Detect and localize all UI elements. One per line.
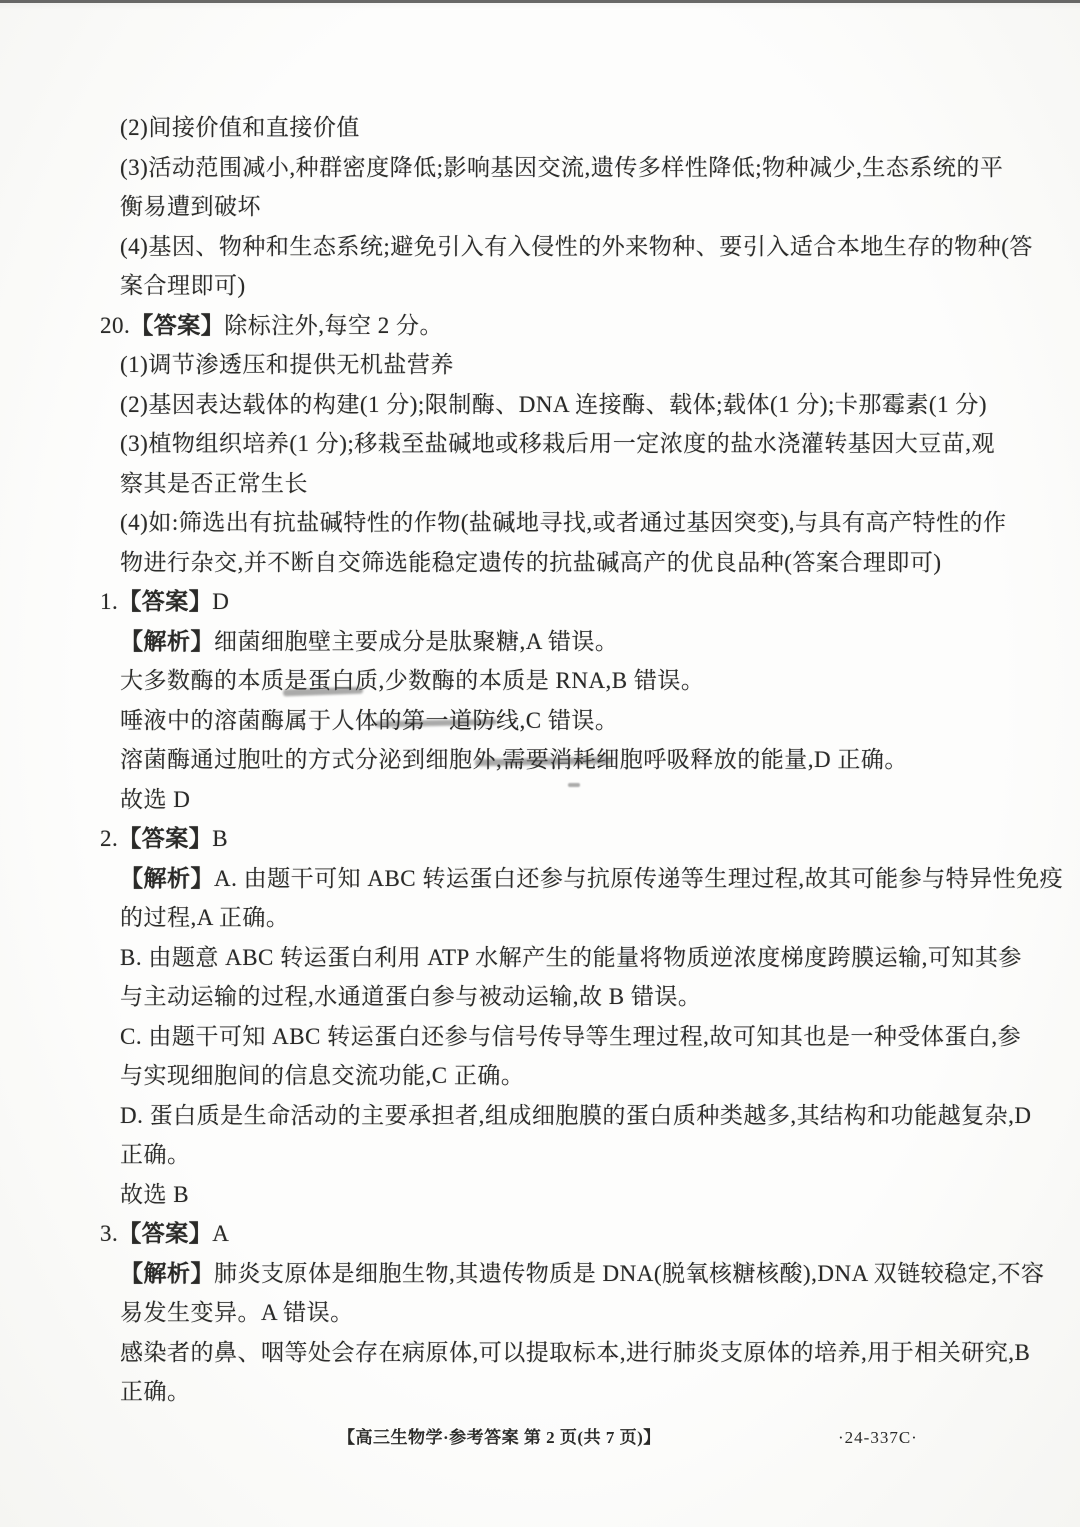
text-line: (3)植物组织培养(1 分);移栽至盐碱地或移栽后用一定浓度的盐水浇灌转基因大豆… — [120, 424, 1040, 464]
text-line: (4)基因、物种和生态系统;避免引入有入侵性的外来物种、要引入适合本地生存的物种… — [120, 227, 1040, 267]
footer-title-pagenumber: 【高三生物学·参考答案 第 2 页(共 7 页)】 — [338, 1422, 661, 1454]
line-text: (2)间接价值和直接价值 — [120, 115, 360, 140]
footer-paper-code: ·24-337C· — [838, 1422, 918, 1454]
text-line: 1.【答案】D — [100, 582, 1040, 622]
line-text: A. 由题干可知 ABC 转运蛋白还参与抗原传递等生理过程,故其可能参与特异性免… — [214, 866, 1063, 891]
text-line: C. 由题干可知 ABC 转运蛋白还参与信号传导等生理过程,故可知其也是一种受体… — [120, 1017, 1040, 1057]
page-footer: 【高三生物学·参考答案 第 2 页(共 7 页)】 ·24-337C· — [0, 1422, 1080, 1454]
text-line: 易发生变异。A 错误。 — [120, 1293, 1040, 1333]
line-text: 衡易遭到破坏 — [120, 194, 261, 219]
text-line: (3)活动范围减小,种群密度降低;影响基因交流,遗传多样性降低;物种减少,生态系… — [120, 148, 1040, 188]
answer-label: 【解析】 — [120, 866, 214, 891]
line-text: A — [212, 1221, 229, 1246]
line-text: 细菌细胞壁主要成分是肽聚糖,A 错误。 — [214, 629, 618, 654]
scan-speck — [568, 783, 580, 787]
line-text: 故选 B — [120, 1182, 189, 1207]
line-text: C. 由题干可知 ABC 转运蛋白还参与信号传导等生理过程,故可知其也是一种受体… — [120, 1024, 1021, 1049]
line-text: 与实现细胞间的信息交流功能,C 正确。 — [120, 1063, 524, 1088]
line-text: 故选 D — [120, 787, 190, 812]
line-text: D. 蛋白质是生命活动的主要承担者,组成细胞膜的蛋白质种类越多,其结构和功能越复… — [120, 1103, 1031, 1128]
answer-label: 【答案】 — [118, 589, 212, 614]
scan-edge-line — [0, 0, 1080, 3]
line-text: 大多数酶的本质是蛋白质,少数酶的本质是 RNA,B 错误。 — [120, 668, 704, 693]
line-text: 2. — [100, 826, 118, 851]
line-text: (3)植物组织培养(1 分);移栽至盐碱地或移栽后用一定浓度的盐水浇灌转基因大豆… — [120, 431, 995, 456]
line-text: 肺炎支原体是细胞生物,其遗传物质是 DNA(脱氧核糖核酸),DNA 双链较稳定,… — [214, 1261, 1044, 1286]
text-line: (2)间接价值和直接价值 — [120, 108, 1040, 148]
line-text: 正确。 — [120, 1142, 191, 1167]
text-line: (1)调节渗透压和提供无机盐营养 — [120, 345, 1040, 385]
line-text: 易发生变异。A 错误。 — [120, 1300, 354, 1325]
text-line: 衡易遭到破坏 — [120, 187, 1040, 227]
line-text: B. 由题意 ABC 转运蛋白利用 ATP 水解产生的能量将物质逆浓度梯度跨膜运… — [120, 945, 1022, 970]
text-line: 察其是否正常生长 — [120, 464, 1040, 504]
line-text: 正确。 — [120, 1379, 191, 1404]
text-line: 大多数酶的本质是蛋白质,少数酶的本质是 RNA,B 错误。 — [120, 661, 1040, 701]
text-line: 唾液中的溶菌酶属于人体的第一道防线,C 错误。 — [120, 701, 1040, 741]
text-line: 正确。 — [120, 1135, 1040, 1175]
text-line: (4)如:筛选出有抗盐碱特性的作物(盐碱地寻找,或者通过基因突变),与具有高产特… — [120, 503, 1040, 543]
text-line: 【解析】细菌细胞壁主要成分是肽聚糖,A 错误。 — [120, 622, 1040, 662]
answer-label: 【答案】 — [118, 1221, 212, 1246]
answer-label: 【答案】 — [130, 313, 224, 338]
line-text: 与主动运输的过程,水通道蛋白参与被动运输,故 B 错误。 — [120, 984, 701, 1009]
line-text: 的过程,A 正确。 — [120, 905, 289, 930]
text-line: 物进行杂交,并不断自交筛选能稳定遗传的抗盐碱高产的优良品种(答案合理即可) — [120, 543, 1040, 583]
line-text: 除标注外,每空 2 分。 — [224, 313, 443, 338]
scanned-answer-page: (2)间接价值和直接价值(3)活动范围减小,种群密度降低;影响基因交流,遗传多样… — [0, 0, 1080, 1527]
text-line: 与主动运输的过程,水通道蛋白参与被动运输,故 B 错误。 — [120, 977, 1040, 1017]
answer-label: 【解析】 — [120, 629, 214, 654]
text-line: 2.【答案】B — [100, 819, 1040, 859]
text-line: 故选 B — [120, 1175, 1040, 1215]
text-line: 感染者的鼻、咽等处会存在病原体,可以提取标本,进行肺炎支原体的培养,用于相关研究… — [120, 1333, 1040, 1373]
line-text: (2)基因表达载体的构建(1 分);限制酶、DNA 连接酶、载体;载体(1 分)… — [120, 392, 987, 417]
line-text: 1. — [100, 589, 118, 614]
text-line: B. 由题意 ABC 转运蛋白利用 ATP 水解产生的能量将物质逆浓度梯度跨膜运… — [120, 938, 1040, 978]
text-line: 【解析】A. 由题干可知 ABC 转运蛋白还参与抗原传递等生理过程,故其可能参与… — [120, 859, 1040, 899]
line-text: (4)基因、物种和生态系统;避免引入有入侵性的外来物种、要引入适合本地生存的物种… — [120, 234, 1033, 259]
answer-label: 【解析】 — [120, 1261, 214, 1286]
line-text: (1)调节渗透压和提供无机盐营养 — [120, 352, 454, 377]
text-line: 3.【答案】A — [100, 1214, 1040, 1254]
line-text: 案合理即可) — [120, 273, 246, 298]
text-line: (2)基因表达载体的构建(1 分);限制酶、DNA 连接酶、载体;载体(1 分)… — [120, 385, 1040, 425]
line-text: 20. — [100, 313, 130, 338]
line-text: B — [212, 826, 228, 851]
text-line: 【解析】肺炎支原体是细胞生物,其遗传物质是 DNA(脱氧核糖核酸),DNA 双链… — [120, 1254, 1040, 1294]
text-line: 20.【答案】除标注外,每空 2 分。 — [100, 306, 1040, 346]
line-text: D — [212, 589, 229, 614]
text-line: D. 蛋白质是生命活动的主要承担者,组成细胞膜的蛋白质种类越多,其结构和功能越复… — [120, 1096, 1040, 1136]
text-line: 故选 D — [120, 780, 1040, 820]
answer-label: 【答案】 — [118, 826, 212, 851]
text-line: 的过程,A 正确。 — [120, 898, 1040, 938]
text-line: 案合理即可) — [120, 266, 1040, 306]
line-text: 感染者的鼻、咽等处会存在病原体,可以提取标本,进行肺炎支原体的培养,用于相关研究… — [120, 1340, 1030, 1365]
line-text: 唾液中的溶菌酶属于人体的第一道防线,C 错误。 — [120, 708, 618, 733]
line-text: 察其是否正常生长 — [120, 471, 308, 496]
line-text: 3. — [100, 1221, 118, 1246]
line-text: 物进行杂交,并不断自交筛选能稳定遗传的抗盐碱高产的优良品种(答案合理即可) — [120, 550, 942, 575]
line-text: (4)如:筛选出有抗盐碱特性的作物(盐碱地寻找,或者通过基因突变),与具有高产特… — [120, 510, 1007, 535]
text-line: 正确。 — [120, 1372, 1040, 1412]
text-line: 与实现细胞间的信息交流功能,C 正确。 — [120, 1056, 1040, 1096]
line-text: (3)活动范围减小,种群密度降低;影响基因交流,遗传多样性降低;物种减少,生态系… — [120, 155, 1003, 180]
